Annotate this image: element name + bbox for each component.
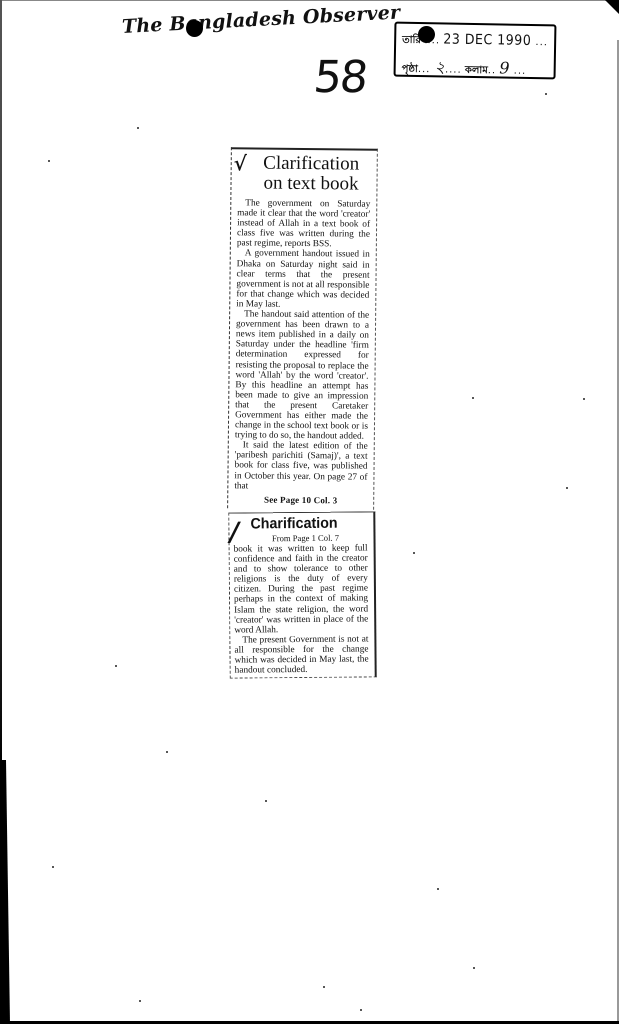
scan-speck	[473, 967, 475, 969]
newspaper-masthead: The Bangladesh Observer	[121, 1, 400, 38]
article-headline: Clarification on text book	[237, 153, 370, 194]
scan-speck	[52, 866, 54, 868]
scan-speck	[437, 888, 439, 890]
scan-speck	[48, 160, 50, 162]
jump-line: See Page 10 Col. 3	[234, 494, 367, 505]
stamp-column-label: কলাম	[465, 65, 488, 76]
scan-speck	[583, 398, 585, 400]
continuation-paragraph: The present Government is not at all res…	[234, 634, 368, 676]
scan-speck	[472, 397, 474, 399]
scan-speck	[360, 1009, 362, 1011]
article-main: √ Clarification on text book The governm…	[227, 147, 378, 509]
scan-speck	[265, 800, 267, 802]
stamp-column-value: 9	[499, 58, 510, 77]
continuation-body: book it was written to keep full confide…	[234, 543, 369, 675]
punch-hole-mark	[186, 20, 203, 37]
scan-speck	[566, 487, 568, 489]
continuation-paragraph: book it was written to keep full confide…	[234, 543, 369, 635]
handwritten-check-icon: √	[234, 151, 247, 175]
punch-hole-mark	[418, 26, 435, 43]
scan-speck	[166, 751, 168, 753]
scan-speck	[413, 552, 415, 554]
article-paragraph: A government handout issued in Dhaka on …	[236, 249, 370, 311]
stamp-page-row: পৃষ্ঠা... ২.... কলাম.. 9 ...	[401, 54, 526, 83]
article-continuation: / Charification From Page 1 Col. 7 book …	[228, 511, 376, 678]
handwritten-page-number: 58	[311, 52, 368, 103]
article-body: The government on Saturday made it clear…	[234, 198, 370, 492]
stamp-date-value: 23 DEC 1990	[443, 31, 531, 49]
article-paragraph: It said the latest edition of the 'parib…	[234, 441, 368, 493]
scanned-page: The Bangladesh Observer 58 তারিখ... 23 D…	[0, 0, 619, 1024]
scan-top-edge	[0, 0, 619, 1]
scan-speck	[137, 127, 139, 129]
article-paragraph: The government on Saturday made it clear…	[237, 198, 371, 250]
scan-speck	[323, 986, 325, 988]
article-paragraph: The handout said attention of the govern…	[235, 309, 369, 442]
scan-speck	[545, 93, 547, 95]
scan-speck	[115, 665, 117, 667]
continuation-headline: Charification	[233, 514, 360, 533]
scan-speck	[139, 1000, 141, 1002]
newspaper-clipping: √ Clarification on text book The governm…	[229, 148, 376, 678]
scan-corner-fold	[605, 0, 619, 14]
stamp-page-label: পৃষ্ঠা	[402, 64, 418, 75]
scan-left-shadow	[0, 760, 10, 1024]
continued-from-line: From Page 1 Col. 7	[243, 532, 367, 543]
